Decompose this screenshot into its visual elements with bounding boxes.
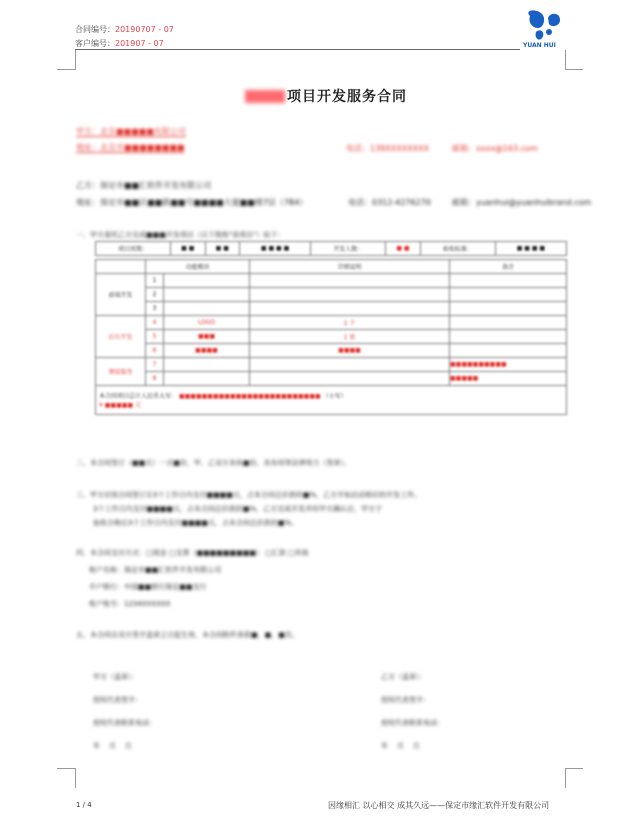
signature-field: 授权代表联系电话： bbox=[93, 712, 156, 735]
crop-mark bbox=[57, 69, 76, 70]
signature-field: 年 月 日 bbox=[93, 735, 156, 758]
table-cell: 7 bbox=[146, 358, 164, 372]
table-cell bbox=[164, 302, 250, 316]
footer-slogan: 因缘相汇 以心相交 成其久远——保定市缘汇软件开发有限公司 bbox=[328, 800, 549, 811]
table-cell bbox=[164, 358, 250, 372]
total-amount: ¥ ■■■■■ 元 bbox=[99, 402, 141, 409]
party-a-email: 邮箱：xxxx@163.com bbox=[452, 143, 538, 154]
table-total-row: 本合同项目总计人民币大写： ■■■■■■■■■■■■■■■■■■■■■■■■■ … bbox=[96, 386, 567, 415]
table-cell bbox=[250, 302, 450, 316]
payment-method: 四、本合同支付方式：□现金 □支票（■■■■■■■■■） □汇款 □其他 bbox=[76, 545, 309, 562]
total-amount-words: ■■■■■■■■■■■■■■■■■■■■■■■■■ bbox=[179, 393, 321, 400]
group-label: 后台开发 bbox=[96, 316, 146, 358]
party-a-address: 地址：北京市■■■■■■■■ bbox=[76, 142, 184, 153]
account-number: 账户账号：1234XXXXXX bbox=[76, 596, 309, 613]
table-cell: 开发人数： bbox=[311, 242, 386, 256]
table-cell: ■ ■ bbox=[386, 242, 420, 256]
table-cell bbox=[450, 344, 567, 358]
table-cell bbox=[164, 288, 250, 302]
group-label: 增值服务 bbox=[96, 358, 146, 386]
table-cell bbox=[450, 330, 567, 344]
table-cell: ■ ■ bbox=[205, 242, 239, 256]
table-row: 3 bbox=[96, 302, 567, 316]
party-a-phone: 电话：139XXXXXXXX bbox=[346, 143, 429, 154]
party-a-name: 甲方：北京■■■■■有限公司 bbox=[76, 126, 186, 137]
table-cell bbox=[250, 274, 450, 288]
signature-field: 授权代表签字： bbox=[381, 689, 444, 712]
party-b-email: 邮箱：yuanhui@yuanhuibrand.com bbox=[452, 197, 591, 208]
bank-name: 开户银行：中国■■银行保定■■支行 bbox=[76, 579, 309, 596]
table-header: 详细说明 bbox=[250, 260, 450, 274]
table-cell: ■■■ bbox=[164, 330, 250, 344]
table-row: 5■■■1 套 bbox=[96, 330, 567, 344]
party-b-address: 地址：保定市■■区■■路■■号■■■■大厦■■楼7层（7B4） bbox=[76, 197, 307, 208]
party-b-phone: 电话：0312-4276270 bbox=[348, 197, 431, 208]
section-4: 四、本合同支付方式：□现金 □支票（■■■■■■■■■） □汇款 □其他 账户名… bbox=[76, 545, 309, 613]
table-row: 前端开发1 bbox=[96, 274, 567, 288]
table-header: 功能模块 bbox=[146, 260, 250, 274]
table-cell bbox=[250, 372, 450, 386]
table-cell: ■■■■■■■■■■ bbox=[450, 358, 567, 372]
crop-mark bbox=[565, 768, 583, 769]
table-row: 8■■■■■ bbox=[96, 372, 567, 386]
signature-party-a: 甲方（盖章）： 授权代表签字： 授权代表联系电话： 年 月 日 bbox=[93, 666, 156, 758]
page-number: 1 / 4 bbox=[76, 801, 92, 809]
section-1: 一、甲方委托乙方完成■■■开发项目（以下简称"该项目"）如下： bbox=[76, 230, 284, 240]
title-text: 项目开发服务合同 bbox=[287, 89, 407, 105]
table-row: 6■■■■■■■■ bbox=[96, 344, 567, 358]
table-row: 后台开发4LOGO1 个 bbox=[96, 316, 567, 330]
table-cell: 3 bbox=[146, 302, 164, 316]
table-row: 2 bbox=[96, 288, 567, 302]
contract-number: 合同编号：20190707 - 07 bbox=[75, 24, 174, 35]
table-cell bbox=[450, 274, 567, 288]
table-cell: 8 bbox=[146, 372, 164, 386]
section-3-line: 验收合格后3个工作日内支付■■■■元，占本合同总价款的■%。 bbox=[76, 516, 421, 530]
customer-number: 客户编号：201907 - 07 bbox=[75, 38, 164, 49]
table-cell bbox=[450, 316, 567, 330]
logo-text: YUAN HUI bbox=[523, 42, 556, 49]
table-cell bbox=[450, 288, 567, 302]
signature-field: 乙方（盖章）： bbox=[381, 666, 444, 689]
table-cell bbox=[164, 274, 250, 288]
contract-number-label: 合同编号： bbox=[75, 25, 115, 34]
section-3: 三、甲方应按合同签订后3个工作日内支付■■■■元，占本合同总价款的■%，乙方开始… bbox=[76, 488, 421, 530]
module-table: 功能模块 详细说明 备注 前端开发123后台开发4LOGO1 个5■■■1 套6… bbox=[95, 259, 567, 415]
project-table: 项目周期： ■ ■ ■ ■ ■ ■ ■ ■ 开发人数： ■ ■ 验收标准： ■ … bbox=[95, 241, 567, 256]
group-label: 前端开发 bbox=[96, 274, 146, 316]
table-cell: 4 bbox=[146, 316, 164, 330]
customer-number-value: 201907 - 07 bbox=[115, 39, 164, 48]
table-row: 增值服务7■■■■■■■■■■ bbox=[96, 358, 567, 372]
table-cell bbox=[450, 302, 567, 316]
table-cell: 1 个 bbox=[250, 316, 450, 330]
section-3-line: 3个工作日内支付■■■■元，占本合同总价款的■%，乙方完成开发并经甲方确认后，甲… bbox=[76, 502, 421, 516]
section-5: 五、本合同自双方签字盖章之日起生效，本合同附件条款■、■、■页。 bbox=[76, 630, 299, 640]
header-rule bbox=[75, 49, 520, 50]
table-cell: 5 bbox=[146, 330, 164, 344]
table-header-row: 功能模块 详细说明 备注 bbox=[96, 260, 567, 274]
signature-field: 甲方（盖章）： bbox=[93, 666, 156, 689]
table-cell: LOGO bbox=[164, 316, 250, 330]
total-label: 本合同项目总计人民币大写： bbox=[99, 393, 177, 400]
table-header: 备注 bbox=[450, 260, 567, 274]
total-suffix: （小写） bbox=[323, 393, 347, 400]
table-cell: 2 bbox=[146, 288, 164, 302]
section-2: 二、本合同签订（■■天）一式■份，甲、乙双方各执■份，具有同等法律效力（签章）。 bbox=[76, 458, 351, 468]
table-cell bbox=[250, 288, 450, 302]
crop-mark bbox=[75, 768, 76, 788]
table-cell: ■■■■ bbox=[250, 344, 450, 358]
account-name: 账户名称：保定市■■汇软件开发有限公司 bbox=[76, 562, 309, 579]
section-3-line: 三、甲方应按合同签订后3个工作日内支付■■■■元，占本合同总价款的■%，乙方开始… bbox=[76, 488, 421, 502]
crop-mark bbox=[565, 50, 566, 70]
crop-mark bbox=[57, 768, 76, 769]
signature-field: 授权代表签字： bbox=[93, 689, 156, 712]
customer-number-label: 客户编号： bbox=[75, 39, 115, 48]
table-cell: 6 bbox=[146, 344, 164, 358]
table-cell: 项目周期： bbox=[96, 242, 171, 256]
table-row: 项目周期： ■ ■ ■ ■ ■ ■ ■ ■ 开发人数： ■ ■ 验收标准： ■ … bbox=[96, 242, 567, 256]
document-title: 项目开发服务合同 bbox=[245, 86, 407, 106]
crop-mark bbox=[75, 50, 76, 70]
table-header bbox=[96, 260, 146, 274]
contract-number-value: 20190707 - 07 bbox=[115, 25, 174, 34]
table-cell: ■ ■ ■ ■ bbox=[240, 242, 311, 256]
table-cell: ■ ■ bbox=[171, 242, 205, 256]
signature-party-b: 乙方（盖章）： 授权代表签字： 授权代表联系电话： 年 月 日 bbox=[381, 666, 444, 758]
title-redaction bbox=[245, 90, 285, 103]
table-cell: 验收标准： bbox=[420, 242, 495, 256]
table-cell: ■■■■■ bbox=[450, 372, 567, 386]
signature-field: 授权代表联系电话： bbox=[381, 712, 444, 735]
table-cell bbox=[164, 372, 250, 386]
table-cell: ■■■■ bbox=[164, 344, 250, 358]
crop-mark bbox=[565, 768, 566, 788]
table-cell bbox=[250, 358, 450, 372]
table-cell: 1 bbox=[146, 274, 164, 288]
table-cell: ■ ■ ■ ■ bbox=[495, 242, 566, 256]
table-cell: 1 套 bbox=[250, 330, 450, 344]
party-b-name: 乙方：保定市■■汇软件开发有限公司 bbox=[76, 180, 211, 191]
signature-field: 年 月 日 bbox=[381, 735, 444, 758]
crop-mark bbox=[565, 69, 583, 70]
